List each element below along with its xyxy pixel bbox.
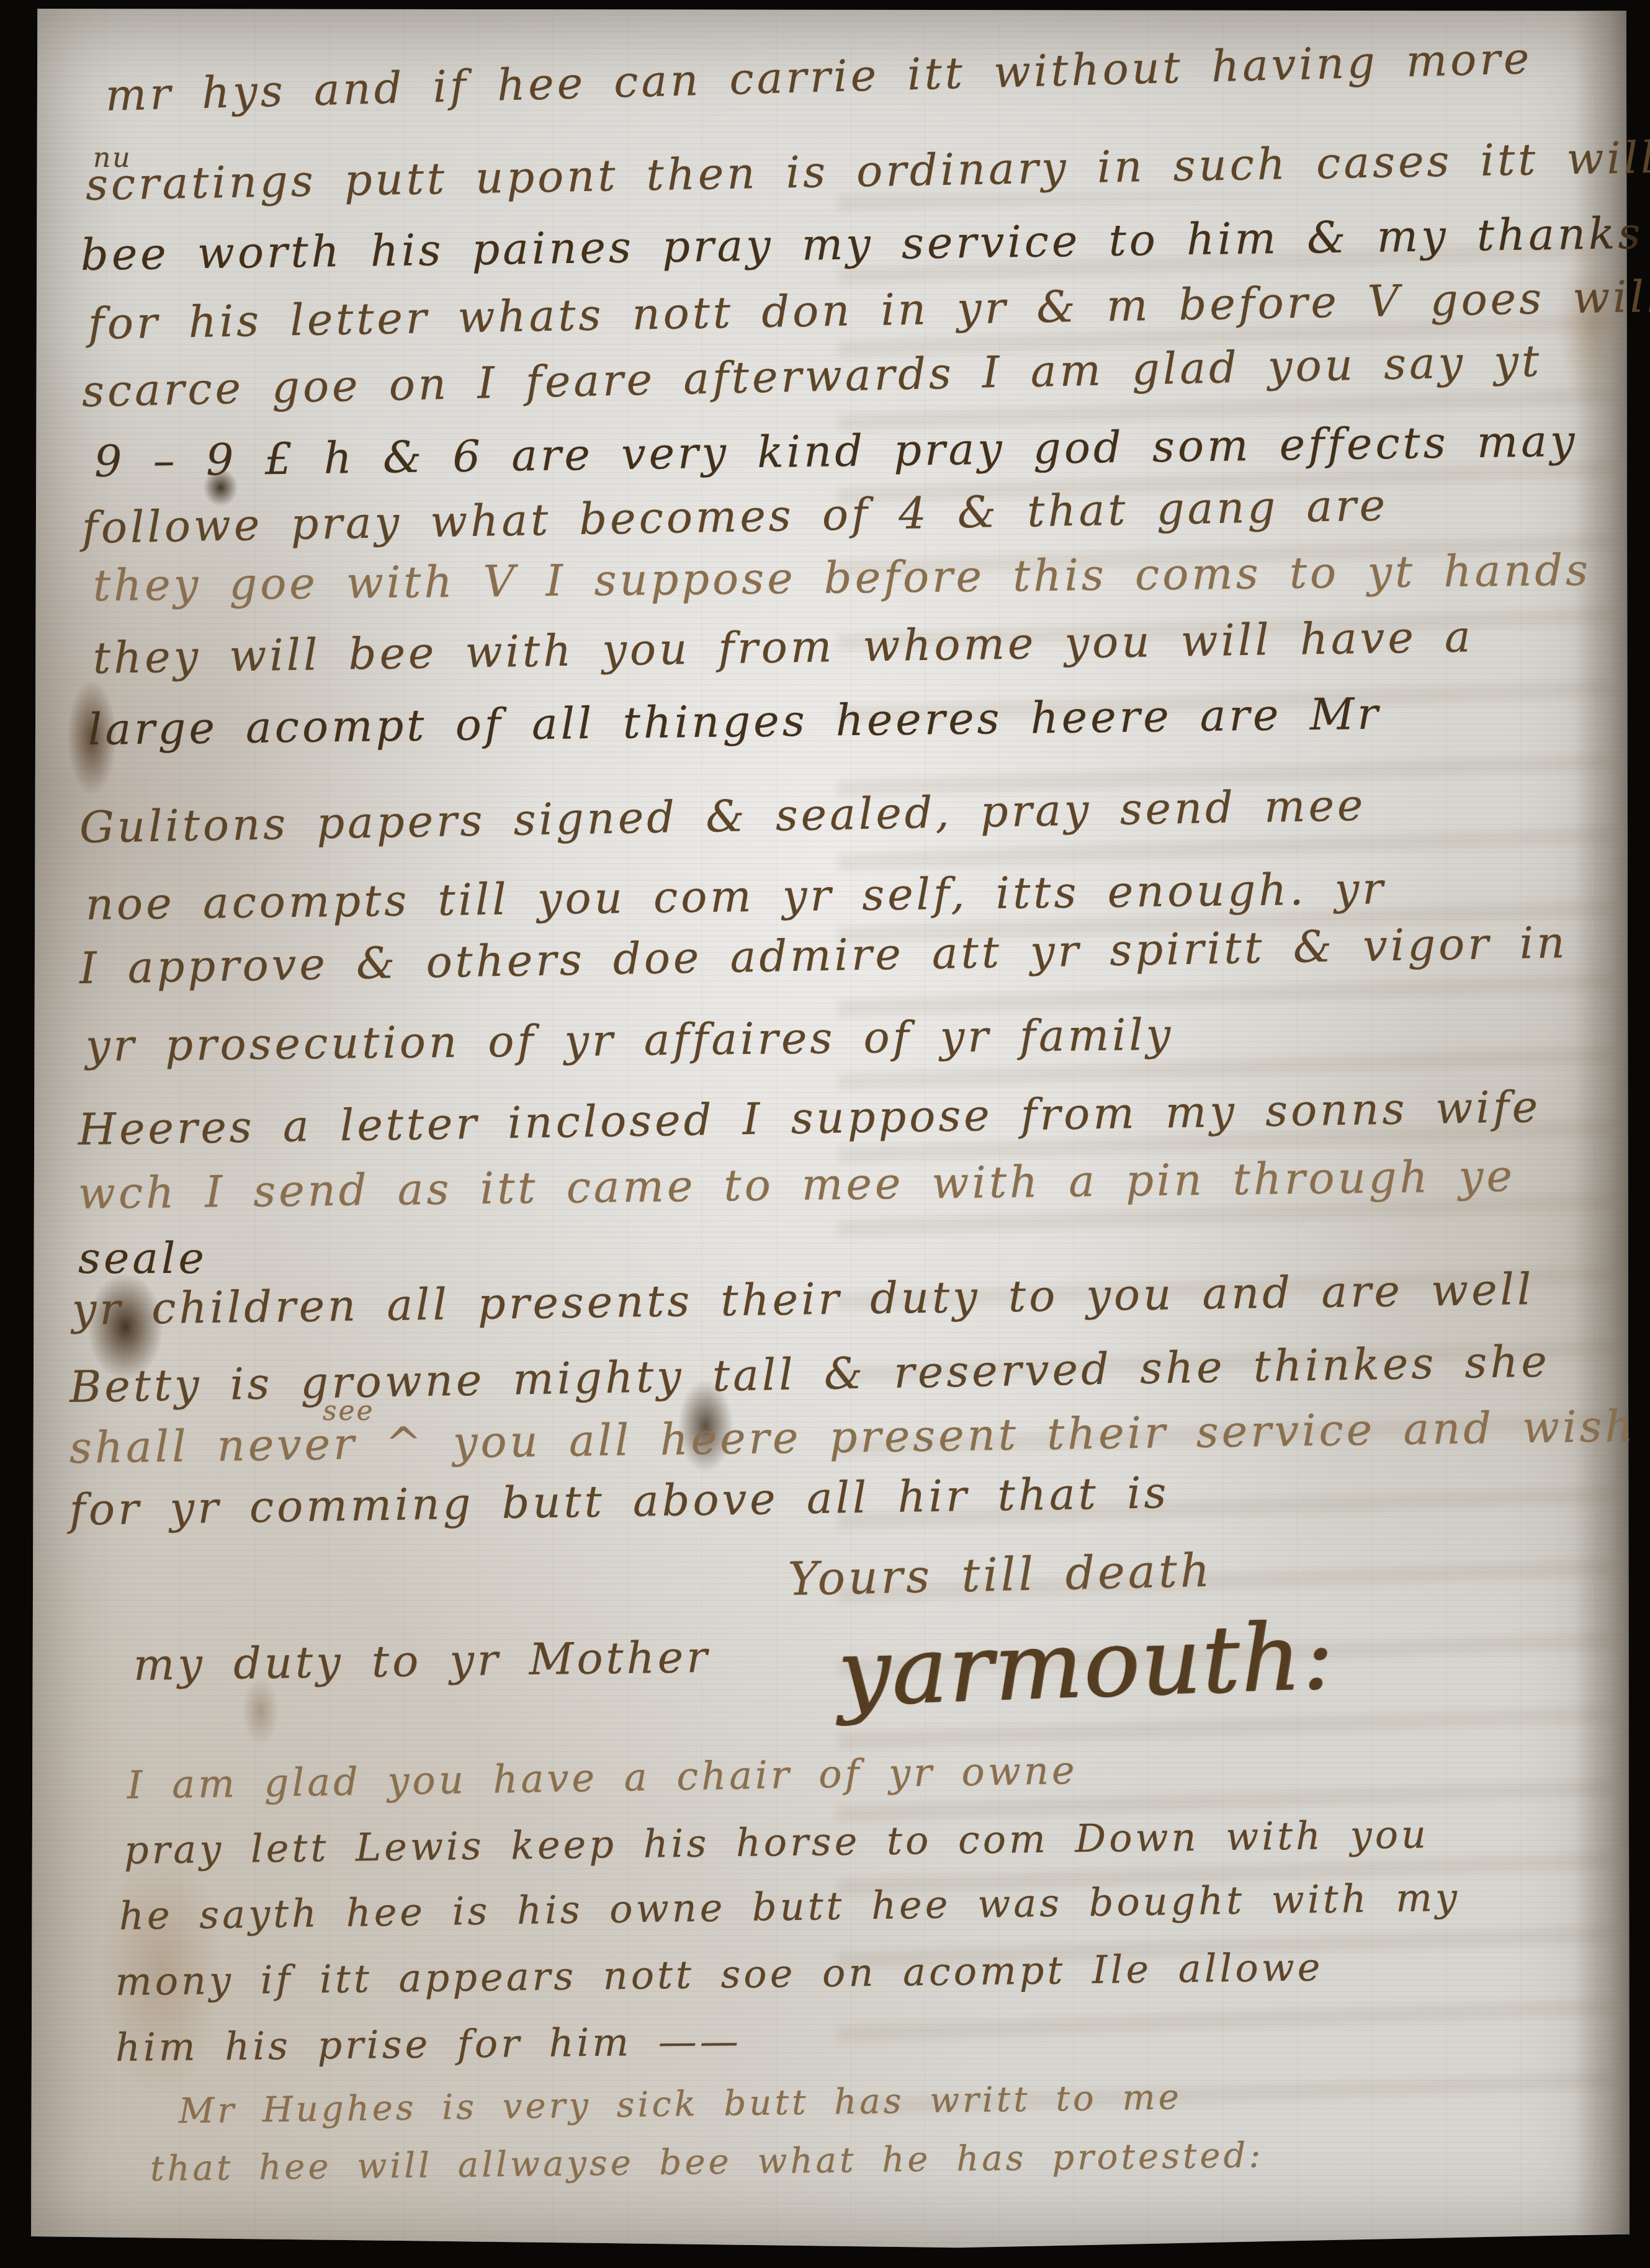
foxing-spot <box>1558 244 1626 406</box>
manuscript-photo: { "page": { "background_color": "#090807… <box>0 0 1650 2268</box>
closing-line: Yours till death <box>787 1547 1213 1604</box>
handwritten-line: my duty to yr Mother <box>133 1635 711 1688</box>
handwritten-line: seale <box>78 1236 207 1282</box>
postscript-line: him his prise for him —— <box>115 2020 742 2068</box>
signature: yarmouth: <box>836 1608 1335 1723</box>
handwritten-line: yr prosecution of yr affaires of yr fami… <box>86 1012 1174 1069</box>
